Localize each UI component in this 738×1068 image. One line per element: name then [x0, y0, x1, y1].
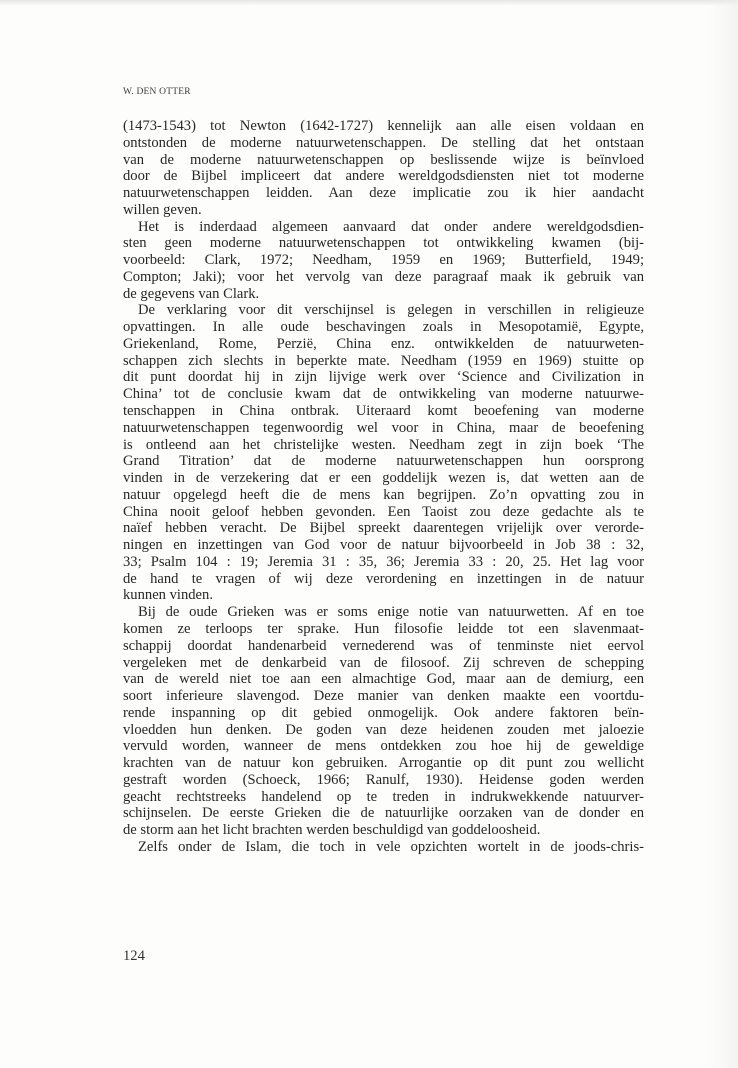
text-line: China nooit geloof hebben gevonden. Een …	[123, 504, 644, 521]
text-line: natuurwetenschappen tegenwoordig wel voo…	[123, 420, 644, 437]
text-line: voorbeeld: Clark, 1972; Needham, 1959 en…	[123, 252, 644, 269]
text-line: (1473-1543) tot Newton (1642-1727) kenne…	[123, 118, 644, 135]
text-line: geacht rechtstreeks handelend op te tred…	[123, 789, 644, 806]
text-line: schijnselen. De eerste Grieken die de na…	[123, 805, 644, 822]
text-line: komen ze terloops ter sprake. Hun filoso…	[123, 621, 644, 638]
text-line: door de Bijbel impliceert dat andere wer…	[123, 168, 644, 185]
text-line: is ontleend aan het christelijke westen.…	[123, 437, 644, 454]
text-line: natuur opgelegd heeft die de mens kan be…	[123, 487, 644, 504]
text-line: vervuld worden, wanneer de mens ontdekke…	[123, 738, 644, 755]
text-line: de gegevens van Clark.	[123, 286, 644, 303]
text-line: opvattingen. In alle oude beschavingen z…	[123, 319, 644, 336]
text-line: natuurwetenschappen leidden. Aan deze im…	[123, 185, 644, 202]
text-line: Griekenland, Rome, Perzië, China enz. on…	[123, 336, 644, 353]
page-number: 124	[123, 948, 145, 965]
text-line: China’ tot de conclusie kwam dat de ontw…	[123, 386, 644, 403]
body-text: (1473-1543) tot Newton (1642-1727) kenne…	[123, 118, 644, 856]
page-top-shadow	[0, 0, 738, 6]
text-line: vergeleken met de denkarbeid van de filo…	[123, 655, 644, 672]
text-line: Het is inderdaad algemeen aanvaard dat o…	[123, 219, 644, 236]
text-line: van de wereld niet toe aan een almachtig…	[123, 671, 644, 688]
text-line: de storm aan het licht brachten werden b…	[123, 822, 644, 839]
text-line: Bij de oude Grieken was er soms enige no…	[123, 604, 644, 621]
text-line: Compton; Jaki); voor het vervolg van dez…	[123, 269, 644, 286]
text-line: ontstonden de moderne natuurwetenschappe…	[123, 135, 644, 152]
text-line: willen geven.	[123, 202, 644, 219]
text-line: vinden in de verzekering dat er een godd…	[123, 470, 644, 487]
text-line: De verklaring voor dit verschijnsel is g…	[123, 302, 644, 319]
text-line: dit punt doordat hij in zijn lijvige wer…	[123, 369, 644, 386]
text-line: rende inspanning op dit gebied onmogelij…	[123, 705, 644, 722]
text-line: soort inferieure slavengod. Deze manier …	[123, 688, 644, 705]
text-line: Zelfs onder de Islam, die toch in vele o…	[123, 839, 644, 856]
text-line: kunnen vinden.	[123, 587, 644, 604]
text-line: Grand Titration’ dat de moderne natuurwe…	[123, 453, 644, 470]
text-line: ningen en inzettingen van God voor de na…	[123, 537, 644, 554]
text-line: sten geen moderne natuurwetenschappen to…	[123, 235, 644, 252]
text-line: schappij doordat handenarbeid vernederen…	[123, 638, 644, 655]
text-line: schappen zich slechts in beperkte mate. …	[123, 353, 644, 370]
text-line: 33; Psalm 104 : 19; Jeremia 31 : 35, 36;…	[123, 554, 644, 571]
text-line: vloedden hun denken. De goden van deze h…	[123, 722, 644, 739]
text-line: naïef hebben veracht. De Bijbel spreekt …	[123, 520, 644, 537]
text-line: krachten van de natuur kon gebruiken. Ar…	[123, 755, 644, 772]
running-head-author: W. DEN OTTER	[123, 87, 191, 97]
text-line: de hand te vragen of wij deze verordenin…	[123, 571, 644, 588]
text-line: van de moderne natuurwetenschappen op be…	[123, 152, 644, 169]
text-line: gestraft worden (Schoeck, 1966; Ranulf, …	[123, 772, 644, 789]
page-gutter-shadow	[708, 0, 738, 1068]
text-line: tenschappen in China ontbrak. Uiteraard …	[123, 403, 644, 420]
